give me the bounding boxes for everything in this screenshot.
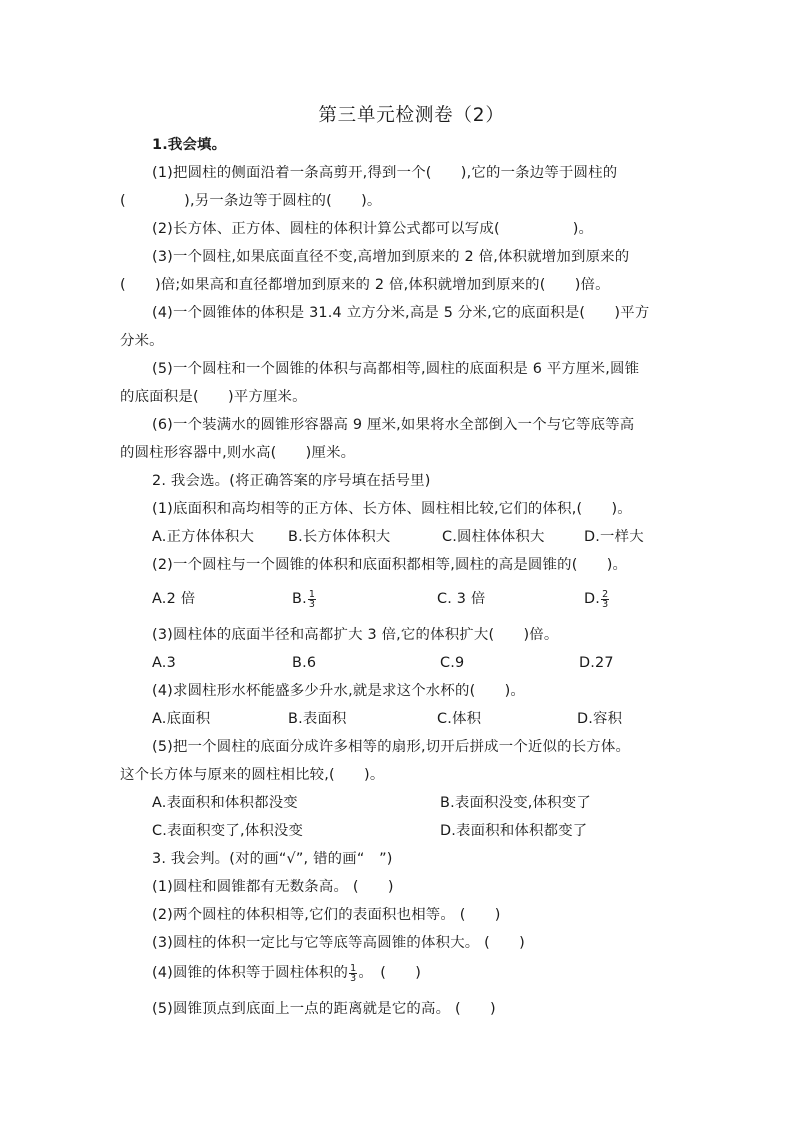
fill-q1-line2: ( ),另一条边等于圆柱的( )。 xyxy=(120,191,381,211)
choice-q3: (3)圆柱体的底面半径和高都扩大 3 倍,它的体积扩大( )倍。 xyxy=(152,625,558,645)
section-3-heading: 3. 我会判。(对的画“√”, 错的画“ ”) xyxy=(152,849,393,869)
worksheet-page: 第三单元检测卷（2） 1.我会填。 (1)把圆柱的侧面沿着一条高剪开,得到一个(… xyxy=(0,0,793,1122)
fraction-one-third: 13 xyxy=(349,964,357,983)
fill-q3-line2: ( )倍;如果高和直径都增加到原来的 2 倍,体积就增加到原来的( )倍。 xyxy=(120,275,610,295)
choice-q1-option-c: C.圆柱体体积大 xyxy=(442,527,545,547)
option-d-label: D. xyxy=(584,591,600,607)
choice-q5-line2: 这个长方体与原来的圆柱相比较,( )。 xyxy=(120,765,384,785)
choice-q1: (1)底面积和高均相等的正方体、长方体、圆柱相比较,它们的体积,( )。 xyxy=(152,499,632,519)
choice-q2-option-b: B.13 xyxy=(292,589,317,609)
fill-q4-line2: 分米。 xyxy=(120,331,164,351)
choice-q3-option-d: D.27 xyxy=(579,653,614,673)
choice-q4-option-a: A.底面积 xyxy=(152,709,210,729)
judge-item-4-suffix: 。 ( ) xyxy=(358,965,421,981)
choice-q3-option-a: A.3 xyxy=(152,653,176,673)
section-1-heading: 1.我会填。 xyxy=(152,135,226,155)
choice-q5-option-b: B.表面积没变,体积变了 xyxy=(440,793,591,813)
fill-q6-line1: (6)一个装满水的圆锥形容器高 9 厘米,如果将水全部倒入一个与它等底等高 xyxy=(152,415,634,435)
section-2-heading: 2. 我会选。(将正确答案的序号填在括号里) xyxy=(152,471,431,491)
fill-q5-line2: 的底面积是( )平方厘米。 xyxy=(120,387,307,407)
judge-item-4: (4)圆锥的体积等于圆柱体积的13。 ( ) xyxy=(152,963,421,983)
choice-q2-option-c: C. 3 倍 xyxy=(437,589,486,609)
judge-item-5: (5)圆锥顶点到底面上一点的距离就是它的高。 ( ) xyxy=(152,999,496,1019)
choice-q4: (4)求圆柱形水杯能盛多少升水,就是求这个水杯的( )。 xyxy=(152,681,525,701)
choice-q3-option-b: B.6 xyxy=(292,653,316,673)
choice-q4-option-c: C.体积 xyxy=(437,709,481,729)
choice-q5-line1: (5)把一个圆柱的底面分成许多相等的扇形,切开后拼成一个近似的长方体。 xyxy=(152,737,630,757)
judge-item-1: (1)圆柱和圆锥都有无数条高。 ( ) xyxy=(152,877,394,897)
choice-q4-option-b: B.表面积 xyxy=(288,709,347,729)
choice-q2-option-a: A.2 倍 xyxy=(152,589,195,609)
choice-q5-option-c: C.表面积变了,体积没变 xyxy=(152,821,303,841)
judge-item-4-text: (4)圆锥的体积等于圆柱体积的 xyxy=(152,965,348,981)
choice-q4-option-d: D.容积 xyxy=(577,709,622,729)
choice-q1-option-a: A.正方体体积大 xyxy=(152,527,254,547)
fill-q2: (2)长方体、正方体、圆柱的体积计算公式都可以写成( )。 xyxy=(152,219,593,239)
fill-q4-line1: (4)一个圆锥体的体积是 31.4 立方分米,高是 5 分米,它的底面积是( )… xyxy=(152,303,649,323)
choice-q5-option-d: D.表面积和体积都变了 xyxy=(440,821,587,841)
fraction-one-third: 13 xyxy=(308,590,316,609)
judge-item-3: (3)圆柱的体积一定比与它等底等高圆锥的体积大。 ( ) xyxy=(152,933,525,953)
option-b-label: B. xyxy=(292,591,307,607)
fraction-two-thirds: 23 xyxy=(601,590,609,609)
fill-q5-line1: (5)一个圆柱和一个圆锥的体积与高都相等,圆柱的底面积是 6 平方厘米,圆锥 xyxy=(152,359,639,379)
choice-q1-option-b: B.长方体体积大 xyxy=(288,527,390,547)
choice-q5-option-a: A.表面积和体积都没变 xyxy=(152,793,298,813)
choice-q3-option-c: C.9 xyxy=(440,653,464,673)
page-title: 第三单元检测卷（2） xyxy=(0,104,793,128)
choice-q2: (2)一个圆柱与一个圆锥的体积和底面积都相等,圆柱的高是圆锥的( )。 xyxy=(152,555,627,575)
judge-item-2: (2)两个圆柱的体积相等,它们的表面积也相等。 ( ) xyxy=(152,905,501,925)
choice-q1-option-d: D.一样大 xyxy=(584,527,644,547)
fill-q3-line1: (3)一个圆柱,如果底面直径不变,高增加到原来的 2 倍,体积就增加到原来的 xyxy=(152,247,629,267)
choice-q2-option-d: D.23 xyxy=(584,589,610,609)
fill-q6-line2: 的圆柱形容器中,则水高( )厘米。 xyxy=(120,443,355,463)
fill-q1-line1: (1)把圆柱的侧面沿着一条高剪开,得到一个( ),它的一条边等于圆柱的 xyxy=(152,163,617,183)
